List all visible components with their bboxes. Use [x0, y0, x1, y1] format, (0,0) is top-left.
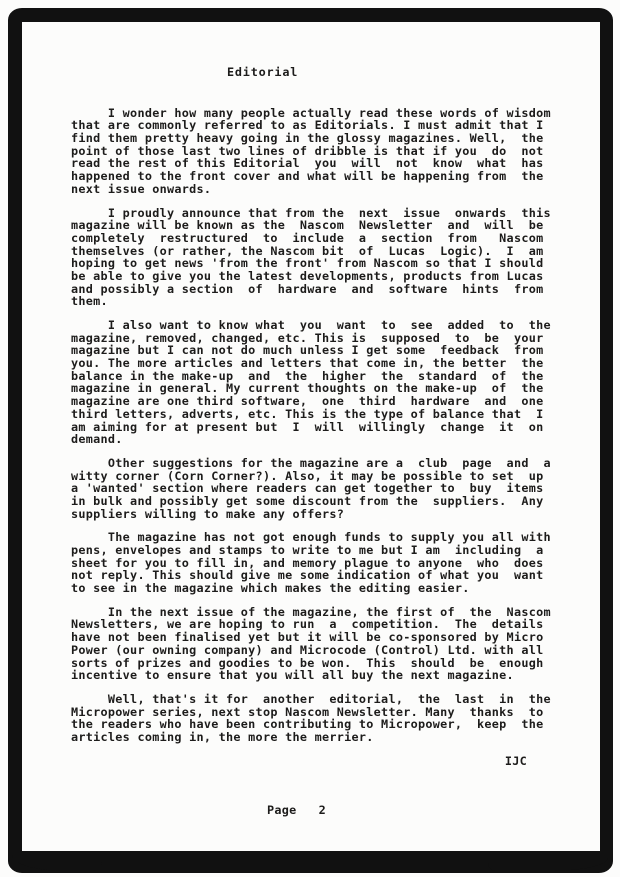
text-line: you. The more articles and letters that …: [71, 357, 545, 370]
text-line: I also want to know what you want to see…: [71, 319, 545, 332]
text-line: Power (our owning company) and Microcode…: [71, 644, 545, 657]
text-line: completely restructured to include a sec…: [71, 232, 545, 245]
page-number: Page 2: [71, 804, 545, 817]
paragraph: Other suggestions for the magazine are a…: [71, 457, 545, 520]
page-title: Editorial: [71, 66, 545, 79]
paragraph: In the next issue of the magazine, the f…: [71, 606, 545, 682]
text-line: magazine are one third software, one thi…: [71, 395, 545, 408]
text-line: them.: [71, 295, 545, 308]
text-line: find them pretty heavy going in the glos…: [71, 132, 545, 145]
text-line: in bulk and possibly get some discount f…: [71, 495, 545, 508]
editorial-body: I wonder how many people actually read t…: [71, 107, 545, 744]
paragraph: The magazine has not got enough funds to…: [71, 531, 545, 594]
text-line: happened to the front cover and what wil…: [71, 170, 545, 183]
text-line: and possibly a section of hardware and s…: [71, 283, 545, 296]
text-line: articles coming in, the more the merrier…: [71, 731, 545, 744]
text-line: next issue onwards.: [71, 183, 545, 196]
text-line: third letters, adverts, etc. This is the…: [71, 408, 545, 421]
text-column: Editorial I wonder how many people actua…: [71, 66, 545, 817]
text-line: suppliers willing to make any offers?: [71, 508, 545, 521]
text-line: am aiming for at present but I will will…: [71, 421, 545, 434]
text-line: incentive to ensure that you will all bu…: [71, 669, 545, 682]
signature-initials: IJC: [71, 755, 545, 768]
text-line: demand.: [71, 433, 545, 446]
paragraph: I wonder how many people actually read t…: [71, 107, 545, 196]
text-line: Well, that's it for another editorial, t…: [71, 693, 545, 706]
text-line: Other suggestions for the magazine are a…: [71, 457, 545, 470]
text-line: be able to give you the latest developme…: [71, 270, 545, 283]
text-line: to see in the magazine which makes the e…: [71, 582, 545, 595]
paragraph: I proudly announce that from the next is…: [71, 207, 545, 309]
text-line: magazine will be known as the Nascom New…: [71, 219, 545, 232]
text-line: pens, envelopes and stamps to write to m…: [71, 544, 545, 557]
paragraph: I also want to know what you want to see…: [71, 319, 545, 446]
paragraph: Well, that's it for another editorial, t…: [71, 693, 545, 744]
text-line: have not been finalised yet but it will …: [71, 631, 545, 644]
